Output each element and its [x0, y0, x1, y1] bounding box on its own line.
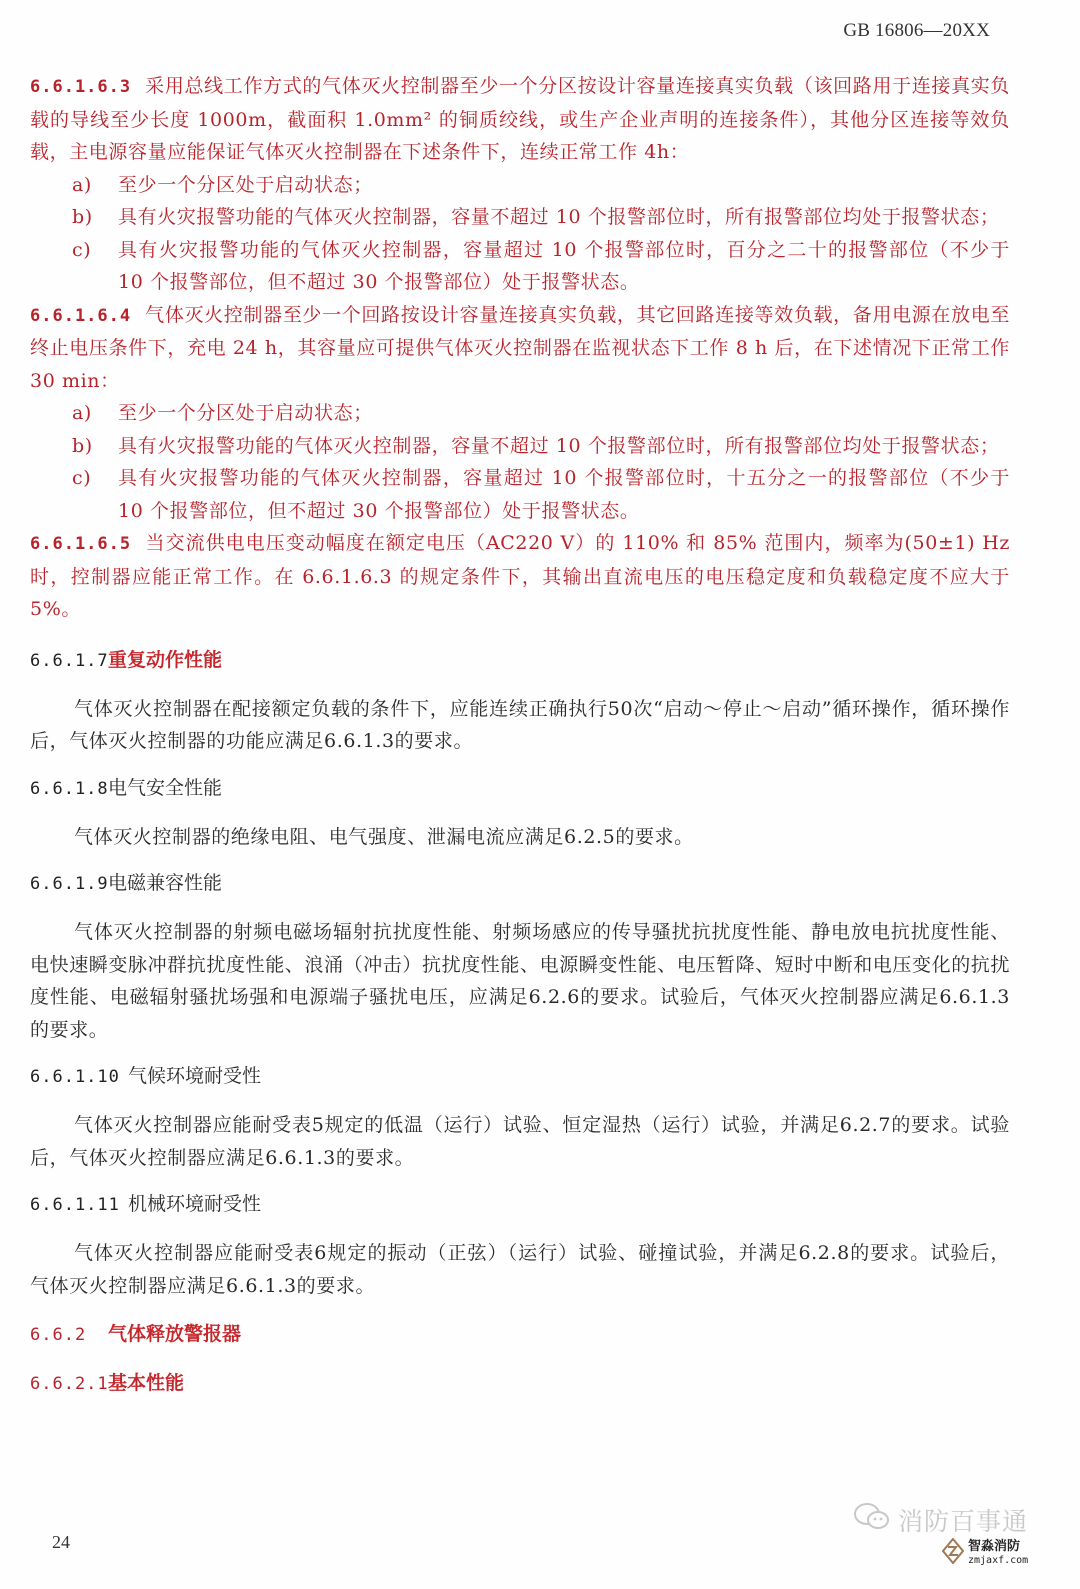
clause-text: 气体灭火控制器至少一个回路按设计容量连接真实负载，其它回路连接等效负载，备用电源… [30, 304, 1010, 392]
section-heading-6-6-2-1: 6.6.2.1 基本性能 [30, 1367, 1010, 1400]
list-text: 具有火灾报警功能的气体灭火控制器，容量超过 10 个报警部位时，百分之二十的报警… [118, 234, 1010, 299]
wechat-icon [852, 1502, 898, 1538]
section-title: 电磁兼容性能 [108, 867, 222, 899]
page-number: 24 [52, 1532, 70, 1553]
section-body: 气体灭火控制器的射频电磁场辐射抗扰度性能、射频场感应的传导骚扰抗扰度性能、静电放… [30, 916, 1010, 1046]
list-marker: c) [72, 462, 118, 527]
list-text: 具有火灾报警功能的气体灭火控制器，容量不超过 10 个报警部位时，所有报警部位均… [118, 430, 1010, 463]
clause-text: 当交流供电电压变动幅度在额定电压（AC220 V）的 110% 和 85% 范围… [30, 532, 1010, 620]
list-text: 至少一个分区处于启动状态； [118, 169, 1010, 202]
list-marker: c) [72, 234, 118, 299]
list-item: c)具有火灾报警功能的气体灭火控制器，容量超过 10 个报警部位时，百分之二十的… [30, 234, 1010, 299]
clause-6-6-1-6-5: 6.6.1.6.5当交流供电电压变动幅度在额定电压（AC220 V）的 110%… [30, 527, 1010, 626]
section-heading: 6.6.1.10 气候环境耐受性 [30, 1060, 1010, 1093]
watermark: 消防百事通 智淼消防 zmjaxf.com [852, 1500, 1052, 1580]
list-marker: a) [72, 397, 118, 430]
clause-6-6-1-6-4: 6.6.1.6.4气体灭火控制器至少一个回路按设计容量连接真实负载，其它回路连接… [30, 299, 1010, 398]
brand-name: 智淼消防 [968, 1539, 1028, 1555]
list-marker: a) [72, 169, 118, 202]
section-title: 气体释放警报器 [108, 1318, 241, 1350]
clause-number: 6.6.1.6.5 [30, 534, 131, 554]
brand-url: zmjaxf.com [968, 1555, 1028, 1567]
list-marker: b) [72, 430, 118, 463]
section-title: 重复动作性能 [108, 644, 222, 676]
list-text: 具有火灾报警功能的气体灭火控制器，容量超过 10 个报警部位时，十五分之一的报警… [118, 462, 1010, 527]
section-number: 6.6.1.8 [30, 773, 108, 805]
section-number: 6.6.2.1 [30, 1368, 108, 1400]
section-heading: 6.6.1.9 电磁兼容性能 [30, 867, 1010, 900]
section-heading-6-6-2: 6.6.2 气体释放警报器 [30, 1318, 1010, 1351]
section-title: 机械环境耐受性 [128, 1188, 261, 1220]
section-heading: 6.6.1.11 机械环境耐受性 [30, 1188, 1010, 1221]
section-number: 6.6.1.9 [30, 868, 108, 900]
clause-number: 6.6.1.6.3 [30, 77, 131, 97]
clause-6-6-1-6-3: 6.6.1.6.3采用总线工作方式的气体灭火控制器至少一个分区按设计容量连接真实… [30, 70, 1010, 169]
brand-logo-icon [942, 1538, 964, 1568]
list-text: 至少一个分区处于启动状态； [118, 397, 1010, 430]
section-body: 气体灭火控制器的绝缘电阻、电气强度、泄漏电流应满足6.2.5的要求。 [30, 821, 1010, 854]
section-body: 气体灭火控制器应能耐受表5规定的低温（运行）试验、恒定湿热（运行）试验，并满足6… [30, 1109, 1010, 1174]
list-item: b)具有火灾报警功能的气体灭火控制器，容量不超过 10 个报警部位时，所有报警部… [30, 201, 1010, 234]
section-heading: 6.6.1.7 重复动作性能 [30, 644, 1010, 677]
list-item: b)具有火灾报警功能的气体灭火控制器，容量不超过 10 个报警部位时，所有报警部… [30, 430, 1010, 463]
clause-number: 6.6.1.6.4 [30, 306, 131, 326]
watermark-account: 消防百事通 [852, 1502, 1028, 1538]
section-title: 电气安全性能 [108, 772, 222, 804]
standard-code: GB 16806—20XX [843, 20, 990, 42]
section-number: 6.6.1.7 [30, 645, 108, 677]
list-item: a)至少一个分区处于启动状态； [30, 397, 1010, 430]
section-number: 6.6.2 [30, 1319, 108, 1351]
section-heading: 6.6.1.8 电气安全性能 [30, 772, 1010, 805]
list-item: a)至少一个分区处于启动状态； [30, 169, 1010, 202]
section-body: 气体灭火控制器应能耐受表6规定的振动（正弦）（运行）试验、碰撞试验，并满足6.2… [30, 1237, 1010, 1302]
list-marker: b) [72, 201, 118, 234]
document-body: 6.6.1.6.3采用总线工作方式的气体灭火控制器至少一个分区按设计容量连接真实… [30, 70, 1010, 1400]
list-text: 具有火灾报警功能的气体灭火控制器，容量不超过 10 个报警部位时，所有报警部位均… [118, 201, 1010, 234]
watermark-account-name: 消防百事通 [898, 1502, 1028, 1538]
section-title: 基本性能 [108, 1367, 184, 1399]
section-body: 气体灭火控制器在配接额定负载的条件下，应能连续正确执行50次“启动～停止～启动”… [30, 693, 1010, 758]
list-item: c)具有火灾报警功能的气体灭火控制器，容量超过 10 个报警部位时，十五分之一的… [30, 462, 1010, 527]
watermark-brand: 智淼消防 zmjaxf.com [942, 1538, 1028, 1568]
section-number: 6.6.1.10 [30, 1061, 128, 1093]
clause-text: 采用总线工作方式的气体灭火控制器至少一个分区按设计容量连接真实负载（该回路用于连… [30, 75, 1010, 163]
section-number: 6.6.1.11 [30, 1189, 128, 1221]
section-title: 气候环境耐受性 [128, 1060, 261, 1092]
